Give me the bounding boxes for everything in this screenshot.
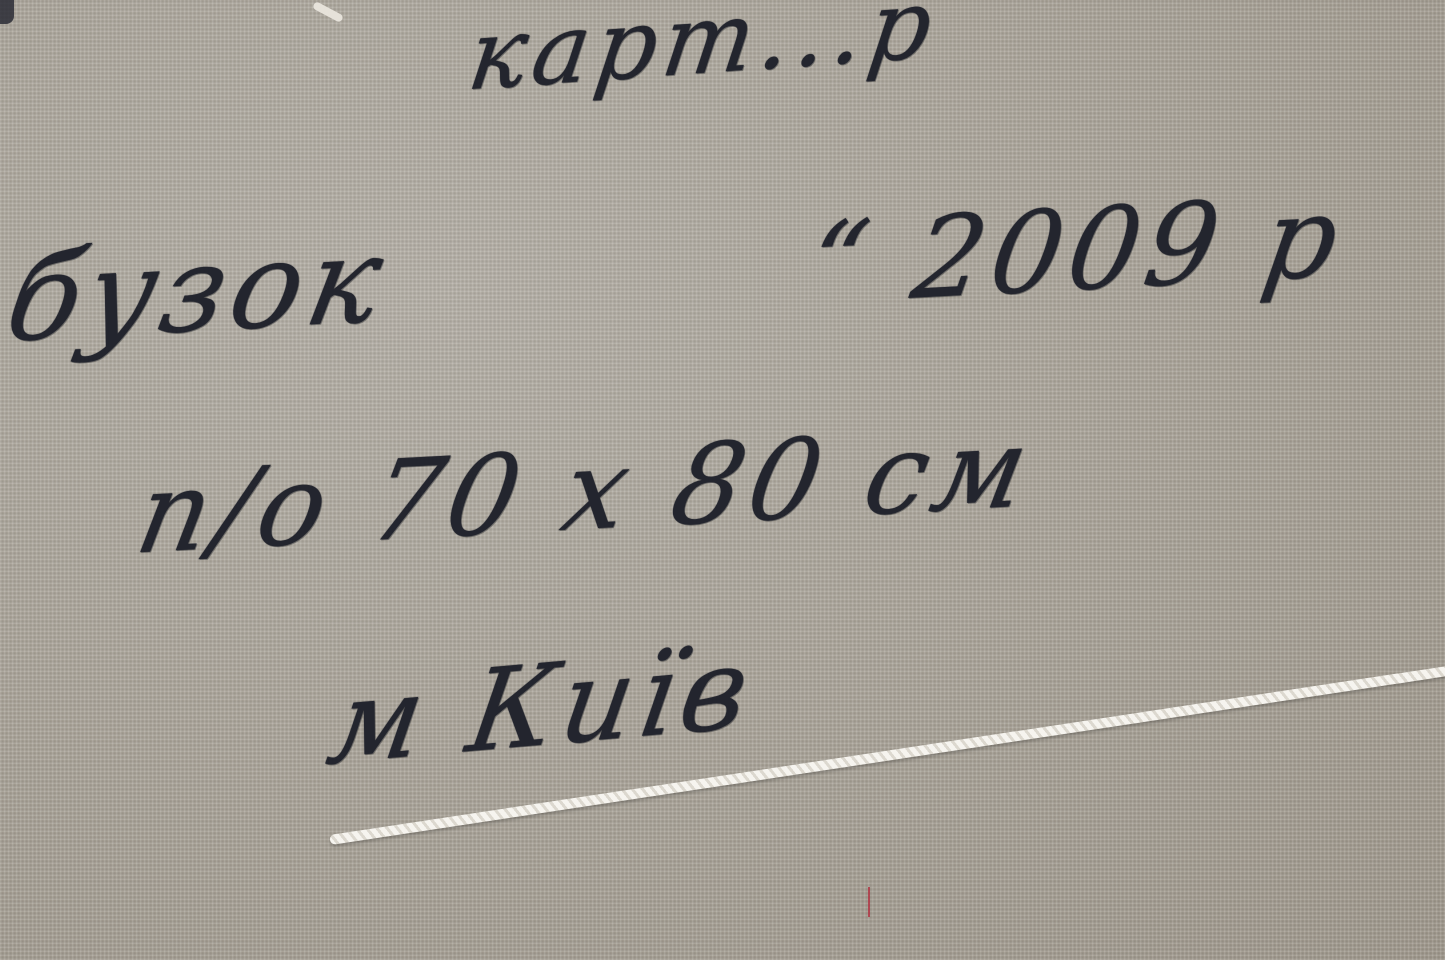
inscription-line-2-year: “ 2009 р	[800, 171, 1353, 330]
inscription-line-3-dimensions: п/о 70 х 80 см	[127, 403, 1044, 579]
lint-fiber	[312, 1, 344, 23]
inscription-line-1: карт...р	[462, 0, 945, 113]
ink-mark-corner	[0, 0, 14, 24]
canvas-back: карт...р бузок “ 2009 р п/о 70 х 80 см м…	[0, 0, 1445, 960]
red-thread	[868, 887, 870, 917]
inscription-line-2-title: бузок	[0, 209, 399, 368]
inscription-line-4-city: м Київ	[320, 622, 764, 791]
